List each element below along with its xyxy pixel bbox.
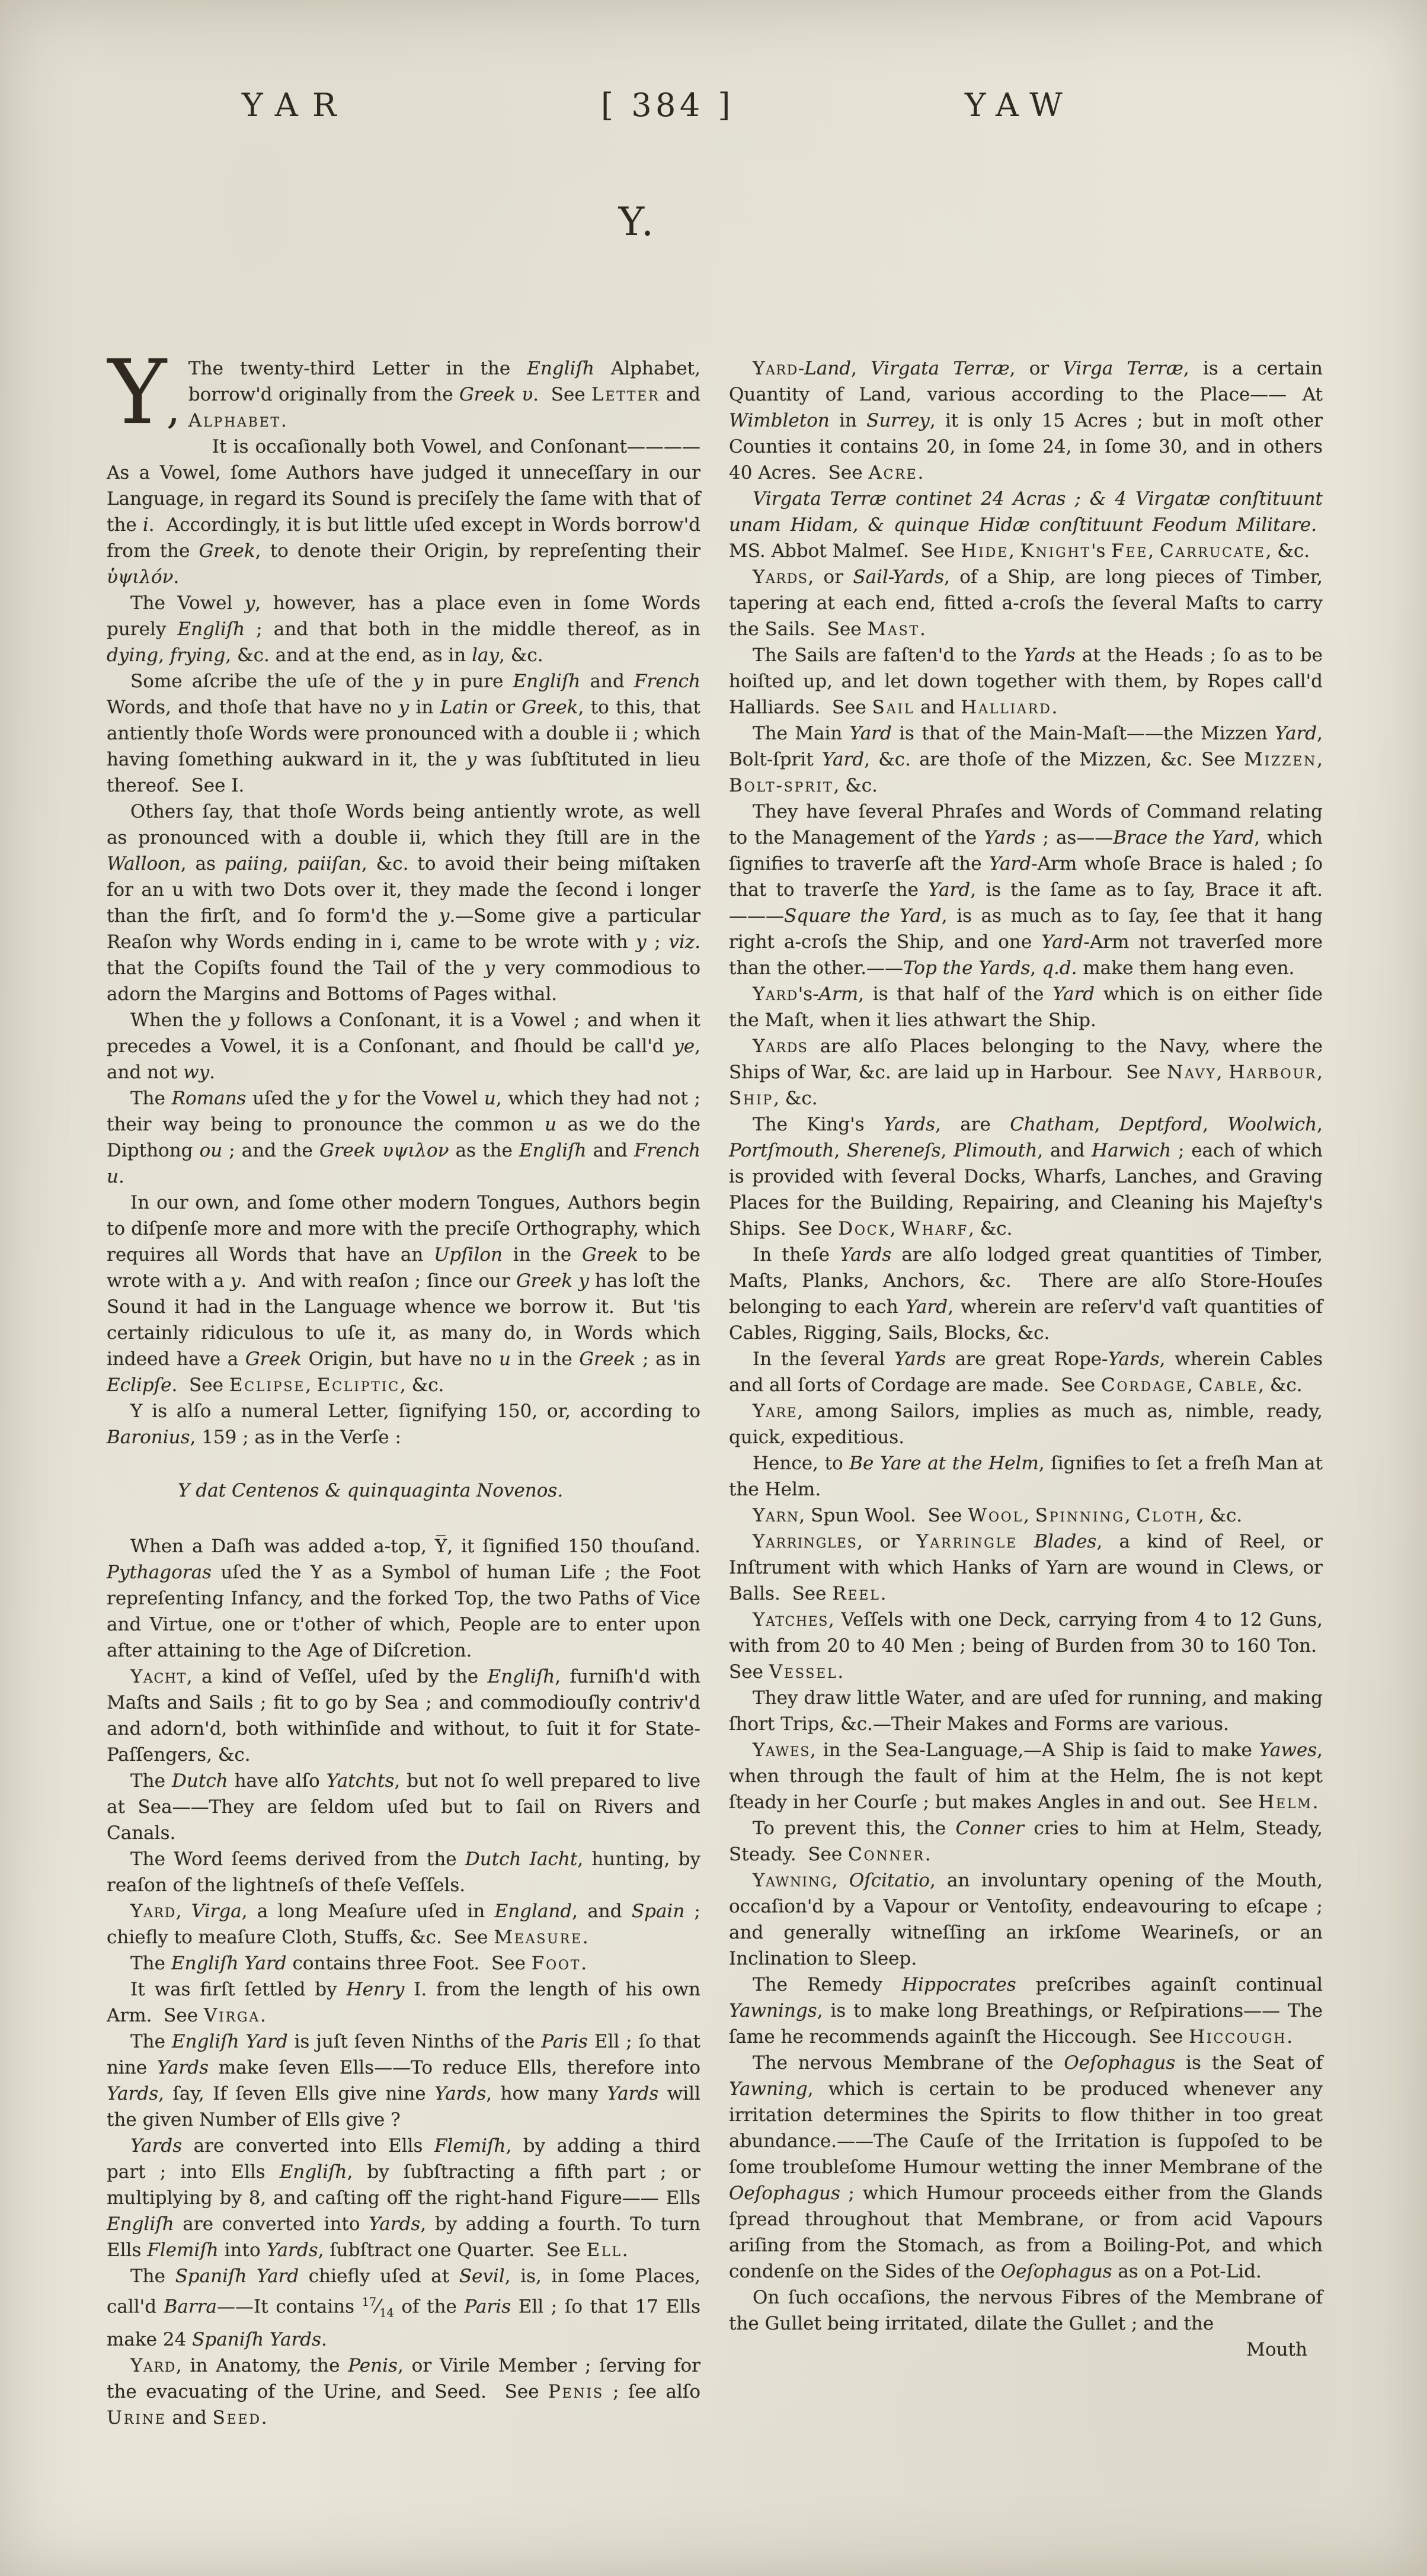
paragraph: The Engliſh Yard is juſt ſeven Ninths of… — [107, 2029, 700, 2133]
text-block: Y,The twenty-third Letter in the Engliſh… — [107, 355, 1323, 2431]
paragraph: Yawes, in the Sea-Language,—A Ship is ſa… — [729, 1737, 1323, 1815]
paragraph: In our own, and ſome other modern Tongue… — [107, 1190, 700, 1398]
paragraph: Y,The twenty-third Letter in the Engliſh… — [107, 355, 700, 434]
page-number: [ 384 ] — [601, 86, 734, 124]
paragraph: Yatches, Veſſels with one Deck, carrying… — [729, 1607, 1323, 1685]
paragraph: When a Daſh was added a-top, Y̅, it ſign… — [107, 1533, 700, 1664]
paragraph: Yard, in Anatomy, the Penis, or Virile M… — [107, 2353, 700, 2431]
paragraph: Yard, Virga, a long Meaſure uſed in Engl… — [107, 1898, 700, 1950]
paragraph: The Vowel y, however, has a place even i… — [107, 590, 700, 668]
paragraph: On ſuch occaſions, the nervous Fibres of… — [729, 2285, 1323, 2337]
paragraph: The Engliſh Yard contains three Foot. Se… — [107, 1950, 700, 1976]
paragraph: They have ſeveral Phraſes and Words of C… — [729, 799, 1323, 981]
paragraph: Yard's-Arm, is that half of the Yard whi… — [729, 981, 1323, 1033]
paragraph: The King's Yards, are Chatham, Deptford,… — [729, 1111, 1323, 1242]
paragraph: Yare, among Sailors, implies as much as,… — [729, 1398, 1323, 1450]
scanned-page: YAR [ 384 ] YAW Y. Y,The twenty-third Le… — [0, 0, 1427, 2576]
paragraph: Yards, or Sail-Yards, of a Ship, are lon… — [729, 564, 1323, 642]
running-head-left: YAR — [242, 86, 351, 124]
paragraph: When the y follows a Conſonant, it is a … — [107, 1007, 700, 1085]
paragraph: The Spaniſh Yard chiefly uſed at Sevil, … — [107, 2263, 700, 2353]
paragraph: Yards are alſo Places belonging to the N… — [729, 1033, 1323, 1111]
paragraph: Yarringles, or Yarringle Blades, a kind … — [729, 1529, 1323, 1607]
paragraph: The Word ſeems derived from the Dutch Ia… — [107, 1846, 700, 1898]
paragraph: Virgata Terræ continet 24 Acras ; & 4 Vi… — [729, 486, 1323, 564]
paragraph: Yarn, Spun Wool. See Wool, Spinning, Clo… — [729, 1502, 1323, 1529]
paragraph: Others ſay, that thoſe Words being antie… — [107, 799, 700, 1007]
paragraph: The Dutch have alſo Yatchts, but not ſo … — [107, 1768, 700, 1846]
paragraph: Yawning, Oſcitatio, an involuntary openi… — [729, 1867, 1323, 1972]
paragraph: Yards are converted into Ells Flemiſh, b… — [107, 2133, 700, 2263]
paragraph: In the ſeveral Yards are great Rope-Yard… — [729, 1346, 1323, 1398]
paragraph: The Remedy Hippocrates preſcribes againſ… — [729, 1972, 1323, 2050]
running-head: YAR [ 384 ] YAW — [0, 86, 1427, 140]
column-2: Yard-Land, Virgata Terræ, or Virga Terræ… — [729, 355, 1323, 2431]
section-letter: Y. — [619, 199, 656, 245]
paragraph: It was firſt ſettled by Henry I. from th… — [107, 1976, 700, 2029]
paragraph: The Romans uſed the y for the Vowel u, w… — [107, 1085, 700, 1190]
paragraph: The nervous Membrane of the Oeſophagus i… — [729, 2050, 1323, 2285]
paragraph: Y dat Centenos & quinquaginta Novenos. — [178, 1478, 700, 1504]
dropcap-letter: Y, — [107, 355, 188, 441]
paragraph: They draw little Water, and are uſed for… — [729, 1685, 1323, 1737]
paragraph: Yacht, a kind of Veſſel, uſed by the Eng… — [107, 1664, 700, 1768]
catchword: Mouth — [729, 2337, 1323, 2363]
paragraph: In theſe Yards are alſo lodged great qua… — [729, 1242, 1323, 1346]
paragraph: Yard-Land, Virgata Terræ, or Virga Terræ… — [729, 355, 1323, 486]
paragraph: To prevent this, the Conner cries to him… — [729, 1815, 1323, 1867]
paragraph: Y is alſo a numeral Letter, ſignifying 1… — [107, 1398, 700, 1450]
paragraph: It is occaſionally both Vowel, and Conſo… — [107, 434, 700, 590]
paragraph: The Main Yard is that of the Main-Maſt——… — [729, 720, 1323, 799]
paragraph: Hence, to Be Yare at the Helm, ſignifies… — [729, 1450, 1323, 1502]
column-1: Y,The twenty-third Letter in the Engliſh… — [107, 355, 700, 2431]
running-head-right: YAW — [965, 86, 1074, 124]
paragraph: Some aſcribe the uſe of the y in pure En… — [107, 668, 700, 799]
paragraph: The Sails are faſten'd to the Yards at t… — [729, 642, 1323, 720]
